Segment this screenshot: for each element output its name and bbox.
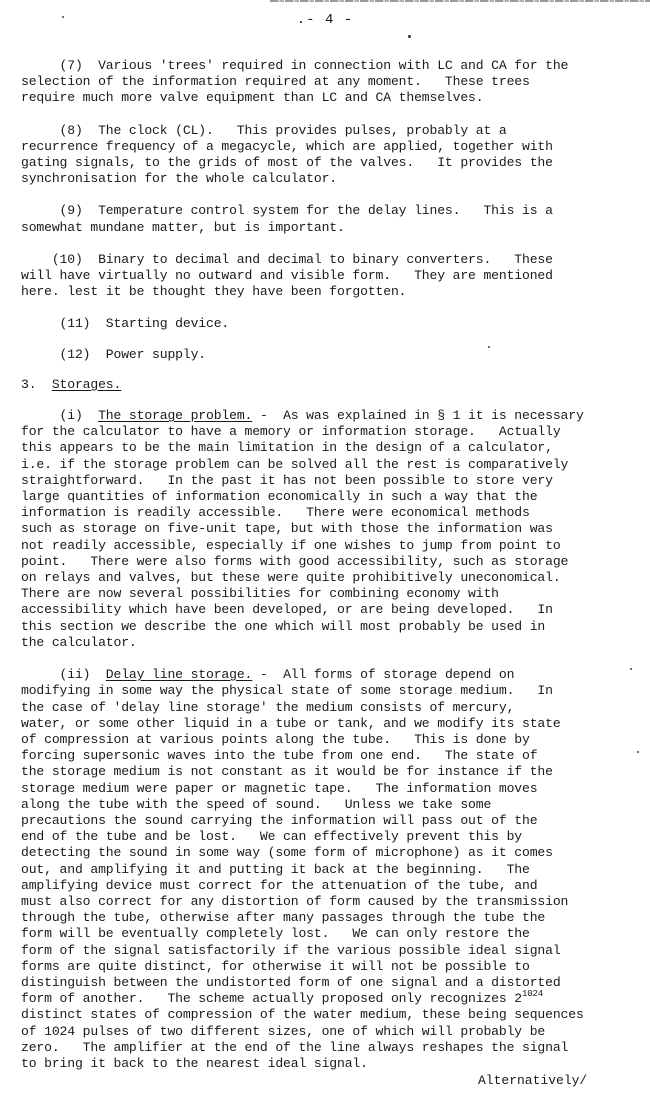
section-title: Storages.: [52, 377, 121, 392]
subsection-paragraph: (ii) Delay line storage. - All forms of …: [21, 667, 631, 1072]
exponent: 1024: [522, 989, 543, 999]
subsection-body: modifying in some way the physical state…: [21, 683, 568, 990]
subsection-label: (ii): [21, 667, 106, 682]
document-page: (7) Various 'trees' required in connecti…: [21, 58, 631, 1088]
section-number: 3.: [21, 377, 52, 392]
subsection-body: for the calculator to have a memory or i…: [21, 424, 568, 650]
scan-speck: [408, 35, 411, 38]
subsection-title: Delay line storage.: [106, 667, 252, 682]
scan-edge-rule: [270, 0, 650, 2]
subsection-paragraph: (i) The storage problem. - As was explai…: [21, 408, 631, 651]
list-item-paragraph: (8) The clock (CL). This provides pulses…: [21, 123, 631, 188]
scan-speck: [637, 751, 639, 753]
list-item-paragraph: (10) Binary to decimal and decimal to bi…: [21, 252, 631, 301]
page-number: .- 4 -: [0, 12, 650, 28]
list-item-paragraph: (9) Temperature control system for the d…: [21, 203, 631, 235]
section-heading: 3. Storages.: [21, 377, 631, 393]
scan-speck: [62, 16, 64, 18]
power-line: form of another. The scheme actually pro…: [21, 991, 543, 1006]
list-item-paragraph: (12) Power supply.: [21, 347, 631, 363]
list-item-paragraph: (11) Starting device.: [21, 316, 631, 332]
subsection-title: The storage problem.: [98, 408, 252, 423]
subsection-lead: - All forms of storage depend on: [252, 667, 514, 682]
subsection-body-tail: distinct states of compression of the wa…: [21, 1007, 584, 1071]
catchword: Alternatively/: [478, 1073, 587, 1088]
list-item-paragraph: (7) Various 'trees' required in connecti…: [21, 58, 631, 107]
subsection-label: (i): [21, 408, 98, 423]
subsection-lead: - As was explained in § 1 it is necessar…: [252, 408, 583, 423]
